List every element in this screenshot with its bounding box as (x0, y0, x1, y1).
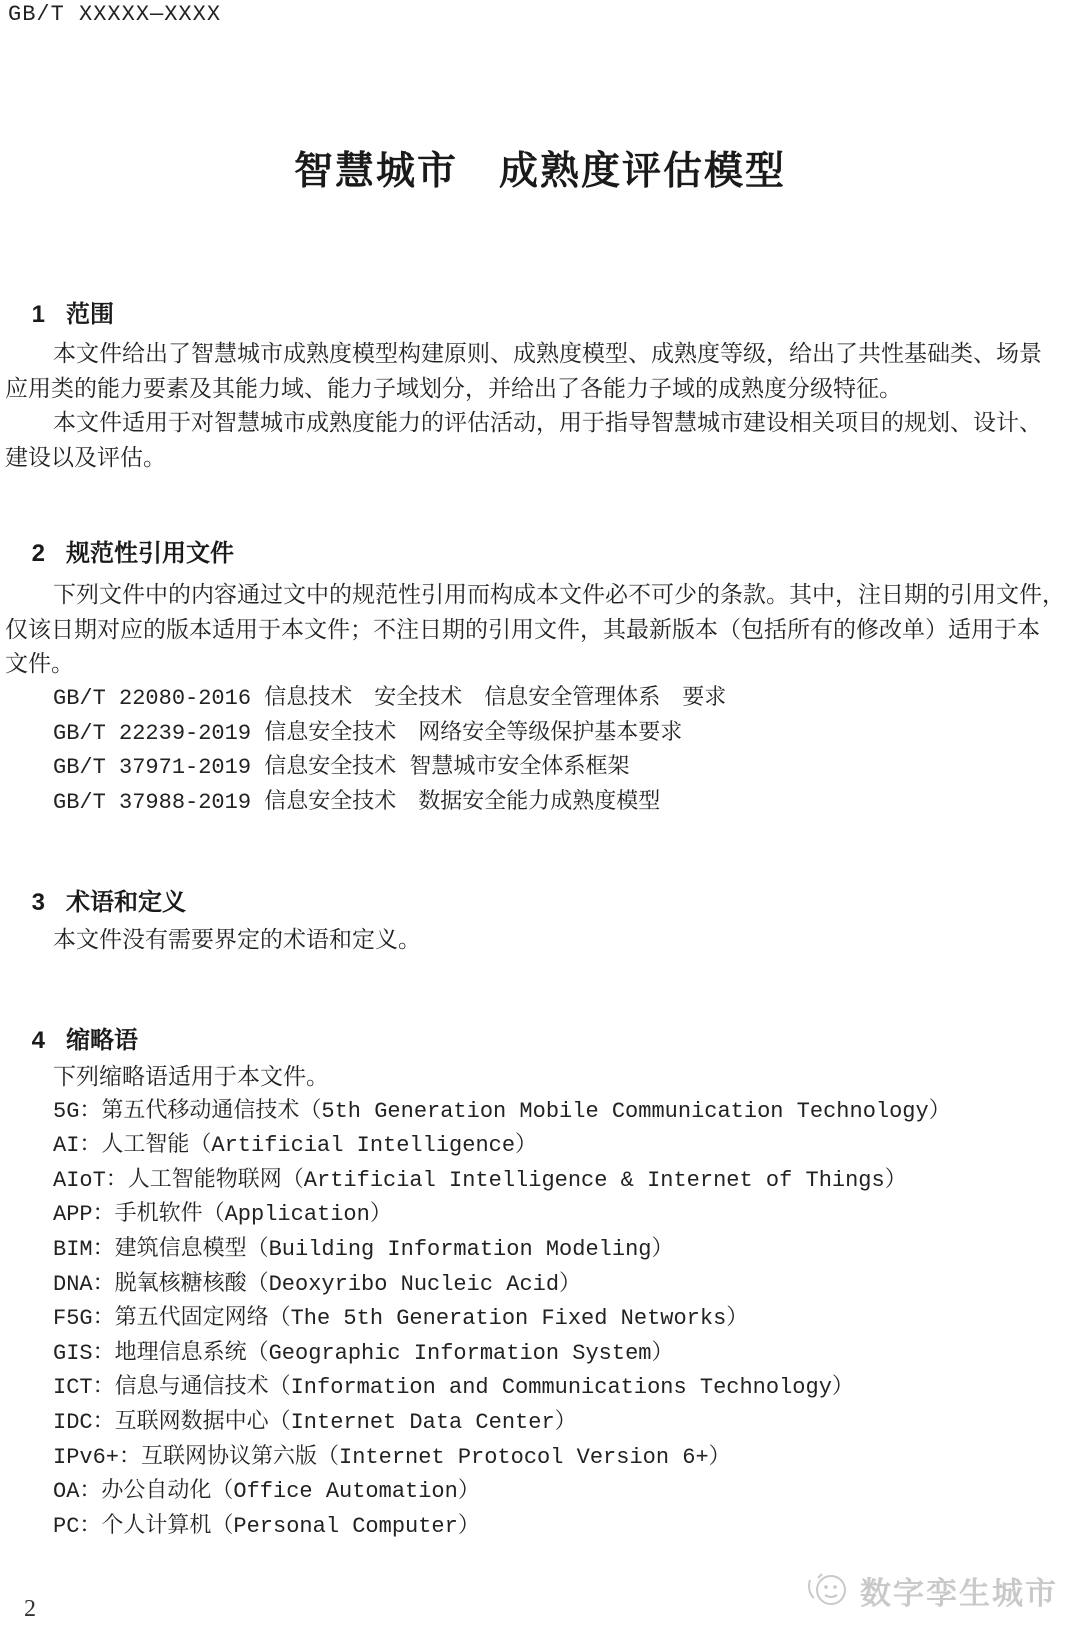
text-line: 文件。 (5, 647, 1075, 682)
text-line: 本文件没有需要界定的术语和定义。 (5, 923, 1075, 958)
section-4-body: 下列缩略语适用于本文件。 5G：第五代移动通信技术（5th Generation… (5, 1060, 1075, 1544)
reference-line: GB/T 37971-2019 信息安全技术 智慧城市安全体系框架 (5, 751, 1075, 786)
abbreviation-line: BIM：建筑信息模型（Building Information Modeling… (5, 1233, 1075, 1268)
section-1-body: 本文件给出了智慧城市成熟度模型构建原则、成熟度模型、成熟度等级，给出了共性基础类… (5, 337, 1075, 475)
text-line: 下列文件中的内容通过文中的规范性引用而构成本文件必不可少的条款。其中，注日期的引… (5, 578, 1075, 613)
text-line: 下列缩略语适用于本文件。 (5, 1060, 1075, 1095)
document-page: GB/T XXXXX—XXXX 智慧城市 成熟度评估模型 1范围 本文件给出了智… (0, 0, 1080, 1641)
watermark-text: 数字孪生城市 (860, 1568, 1058, 1613)
section-title: 范围 (66, 301, 114, 328)
section-2-references: GB/T 22080-2016 信息技术 安全技术 信息安全管理体系 要求 GB… (5, 682, 1075, 820)
text-line: 仅该日期对应的版本适用于本文件；不注日期的引用文件，其最新版本（包括所有的修改单… (5, 613, 1075, 648)
section-number: 1 (32, 301, 45, 329)
abbreviation-line: AI：人工智能（Artificial Intelligence） (5, 1129, 1075, 1164)
section-3-body: 本文件没有需要界定的术语和定义。 (5, 923, 1075, 958)
reference-line: GB/T 37988-2019 信息安全技术 数据安全能力成熟度模型 (5, 786, 1075, 821)
abbreviation-line: OA：办公自动化（Office Automation） (5, 1475, 1075, 1510)
abbreviation-line: IPv6+：互联网协议第六版（Internet Protocol Version… (5, 1441, 1075, 1476)
document-title: 智慧城市 成熟度评估模型 (0, 140, 1080, 196)
reference-line: GB/T 22239-2019 信息安全技术 网络安全等级保护基本要求 (5, 717, 1075, 752)
section-number: 3 (32, 889, 45, 917)
watermark: 数字孪生城市 (806, 1568, 1058, 1613)
abbreviation-line: AIoT：人工智能物联网（Artificial Intelligence & I… (5, 1164, 1075, 1199)
watermark-logo-icon (806, 1570, 852, 1612)
section-title: 缩略语 (66, 1027, 138, 1054)
section-2-body: 下列文件中的内容通过文中的规范性引用而构成本文件必不可少的条款。其中，注日期的引… (5, 578, 1075, 682)
doc-number-header: GB/T XXXXX—XXXX (8, 2, 221, 27)
text-line: 本文件适用于对智慧城市成熟度能力的评估活动，用于指导智慧城市建设相关项目的规划、… (5, 406, 1075, 441)
section-title: 术语和定义 (66, 889, 186, 916)
section-number: 4 (32, 1027, 45, 1055)
abbreviation-line: GIS：地理信息系统（Geographic Information System… (5, 1337, 1075, 1372)
abbreviation-line: IDC：互联网数据中心（Internet Data Center） (5, 1406, 1075, 1441)
section-title: 规范性引用文件 (66, 540, 234, 567)
section-number: 2 (32, 540, 45, 568)
abbreviation-line: ICT：信息与通信技术（Information and Communicatio… (5, 1371, 1075, 1406)
text-line: 本文件给出了智慧城市成熟度模型构建原则、成熟度模型、成熟度等级，给出了共性基础类… (5, 337, 1075, 372)
reference-line: GB/T 22080-2016 信息技术 安全技术 信息安全管理体系 要求 (5, 682, 1075, 717)
abbreviation-line: F5G：第五代固定网络（The 5th Generation Fixed Net… (5, 1302, 1075, 1337)
abbreviation-line: 5G：第五代移动通信技术（5th Generation Mobile Commu… (5, 1095, 1075, 1130)
abbreviation-line: APP：手机软件（Application） (5, 1198, 1075, 1233)
abbreviation-line: PC：个人计算机（Personal Computer） (5, 1510, 1075, 1545)
text-line: 应用类的能力要素及其能力域、能力子域划分，并给出了各能力子域的成熟度分级特征。 (5, 372, 1075, 407)
text-line: 建设以及评估。 (5, 441, 1075, 476)
page-number: 2 (24, 1596, 36, 1623)
abbreviation-line: DNA：脱氧核糖核酸（Deoxyribo Nucleic Acid） (5, 1268, 1075, 1303)
